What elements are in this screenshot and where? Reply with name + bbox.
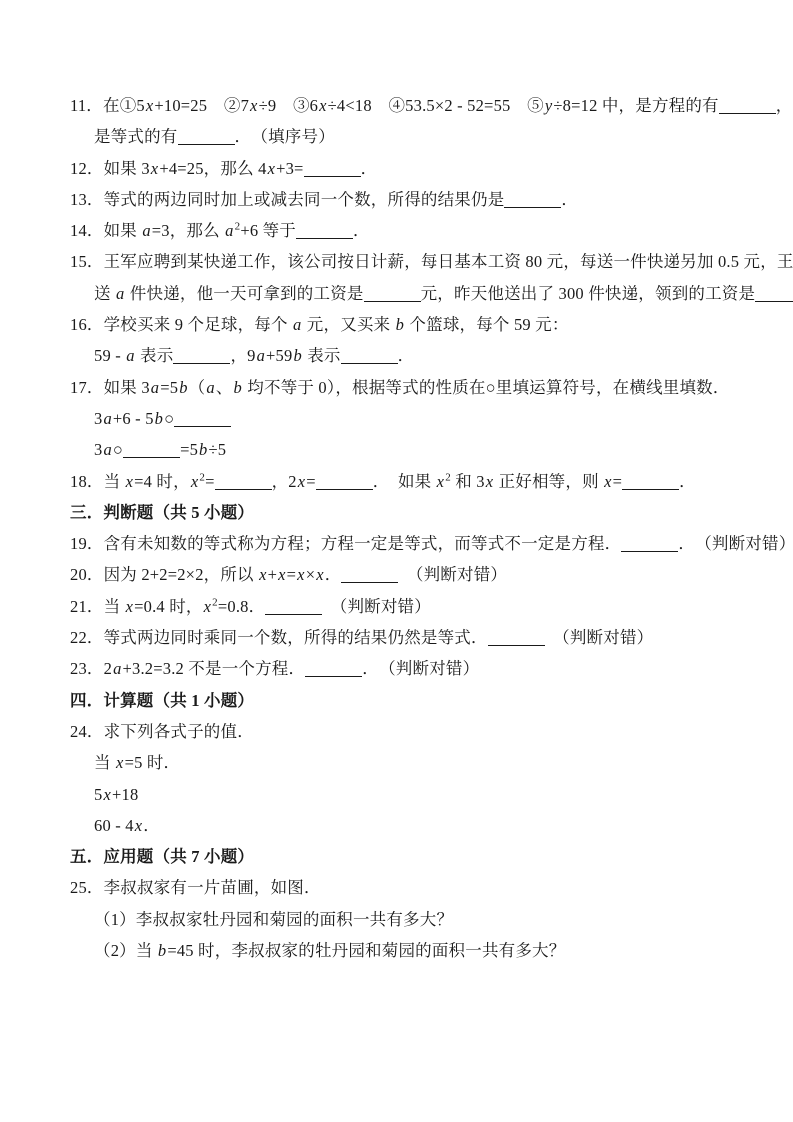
math-variable: x (134, 816, 144, 835)
math-variable: x (125, 472, 135, 491)
math-variable: x (115, 753, 125, 772)
answer-blank (755, 285, 793, 302)
math-variable: b (157, 941, 167, 960)
section-header: 五．应用题（共 7 小题） (70, 841, 773, 872)
question-line: 21．当 x=0.4 时，x2=0.8． （判断对错） (70, 591, 773, 622)
continuation-line: 3a+6 - 5b○ (70, 403, 773, 434)
answer-blank (174, 410, 231, 427)
math-variable: b (198, 440, 208, 459)
superscript: 2 (212, 596, 218, 608)
math-variable: a (102, 440, 112, 459)
answer-blank (178, 128, 235, 145)
math-variable: x (190, 472, 200, 491)
question-line: 13．等式的两边同时加上或减去同一个数，所得的结果仍是． (70, 184, 773, 215)
continuation-line: 3a○=5b÷5 (70, 434, 773, 465)
superscript: 2 (199, 471, 205, 483)
math-variable: x (277, 565, 287, 584)
continuation-line: 5x+18 (70, 779, 773, 810)
math-variable: a (292, 315, 302, 334)
math-variable: a (141, 221, 151, 240)
math-variable: a (205, 378, 215, 397)
question-line: 16．学校买来 9 个足球，每个 a 元，又买来 b 个篮球，每个 59 元： (70, 309, 773, 340)
answer-blank (719, 97, 776, 114)
math-variable: x (603, 472, 613, 491)
math-variable: a (224, 221, 234, 240)
question-line: 11．在①5x+10=25 ②7x÷9 ③6x÷4<18 ④53.5×2 - 5… (70, 90, 773, 121)
continuation-line: （1）李叔叔家牡丹园和菊园的面积一共有多大？ (70, 904, 773, 935)
math-variable: x (125, 597, 135, 616)
answer-blank (341, 347, 398, 364)
math-variable: b (178, 378, 188, 397)
superscript: 2 (445, 471, 451, 483)
math-variable: a (125, 346, 135, 365)
continuation-line: 59 - a 表示，9a+59b 表示． (70, 340, 773, 371)
math-variable: x (436, 472, 446, 491)
math-variable: b (395, 315, 405, 334)
math-variable: x (102, 785, 112, 804)
answer-blank (305, 660, 362, 677)
question-line: 12．如果 3x+4=25，那么 4x+3=． (70, 153, 773, 184)
math-variable: a (150, 378, 160, 397)
math-variable: a (115, 284, 125, 303)
math-variable: a (256, 346, 266, 365)
answer-blank (622, 473, 679, 490)
continuation-line: 送 a 件快递，他一天可拿到的工资是元，昨天他送出了 300 件快递，领到的工资… (70, 278, 773, 309)
math-variable: x (203, 597, 213, 616)
answer-blank (304, 160, 361, 177)
answer-blank (173, 347, 230, 364)
answer-blank (341, 566, 398, 583)
answer-blank (316, 473, 373, 490)
question-line: 19．含有未知数的等式称为方程；方程一定是等式，而等式不一定是方程．． （判断对… (70, 528, 773, 559)
question-line: 14．如果 a=3，那么 a2+6 等于． (70, 215, 773, 246)
question-line: 18．当 x=4 时，x2=，2x=． 如果 x2 和 3x 正好相等，则 x=… (70, 466, 773, 497)
answer-blank (265, 598, 322, 615)
continuation-line: 60 - 4x． (70, 810, 773, 841)
continuation-line: 是等式的有． （填序号） (70, 121, 773, 152)
answer-blank (364, 285, 421, 302)
section-header: 四．计算题（共 1 小题） (70, 685, 773, 716)
continuation-line: （2）当 b=45 时，李叔叔家的牡丹园和菊园的面积一共有多大？ (70, 935, 773, 966)
math-variable: x (318, 96, 328, 115)
math-variable: a (112, 659, 122, 678)
math-variable: x (249, 96, 259, 115)
math-variable: b (154, 409, 164, 428)
answer-blank (488, 629, 545, 646)
answer-blank (621, 535, 678, 552)
answer-blank (504, 191, 561, 208)
math-variable: x (145, 96, 155, 115)
question-line: 23．2a+3.2=3.2 不是一个方程．． （判断对错） (70, 653, 773, 684)
math-variable: b (292, 346, 302, 365)
math-variable: x (485, 472, 495, 491)
superscript: 2 (235, 221, 241, 233)
math-variable: y (544, 96, 554, 115)
worksheet-page: 11．在①5x+10=25 ②7x÷9 ③6x÷4<18 ④53.5×2 - 5… (0, 0, 793, 966)
math-variable: x (296, 565, 306, 584)
math-variable: x (315, 565, 325, 584)
math-variable: x (267, 159, 277, 178)
math-variable: x (297, 472, 307, 491)
math-variable: a (102, 409, 112, 428)
answer-blank (296, 222, 353, 239)
question-line: 17．如果 3a=5b（a、b 均不等于 0），根据等式的性质在○里填运算符号，… (70, 372, 773, 403)
question-line: 25．李叔叔家有一片苗圃，如图． (70, 872, 773, 903)
continuation-line: 当 x=5 时． (70, 747, 773, 778)
math-variable: x (258, 565, 268, 584)
section-header: 三．判断题（共 5 小题） (70, 497, 773, 528)
question-line: 20．因为 2+2=2×2，所以 x+x=x×x． （判断对错） (70, 559, 773, 590)
question-line: 22．等式两边同时乘同一个数，所得的结果仍然是等式． （判断对错） (70, 622, 773, 653)
question-line: 24．求下列各式子的值． (70, 716, 773, 747)
answer-blank (123, 441, 180, 458)
answer-blank (215, 473, 272, 490)
math-variable: b (233, 378, 243, 397)
question-line: 15．王军应聘到某快递工作，该公司按日计薪，每日基本工资 80 元，每送一件快递… (70, 246, 773, 277)
math-variable: x (150, 159, 160, 178)
